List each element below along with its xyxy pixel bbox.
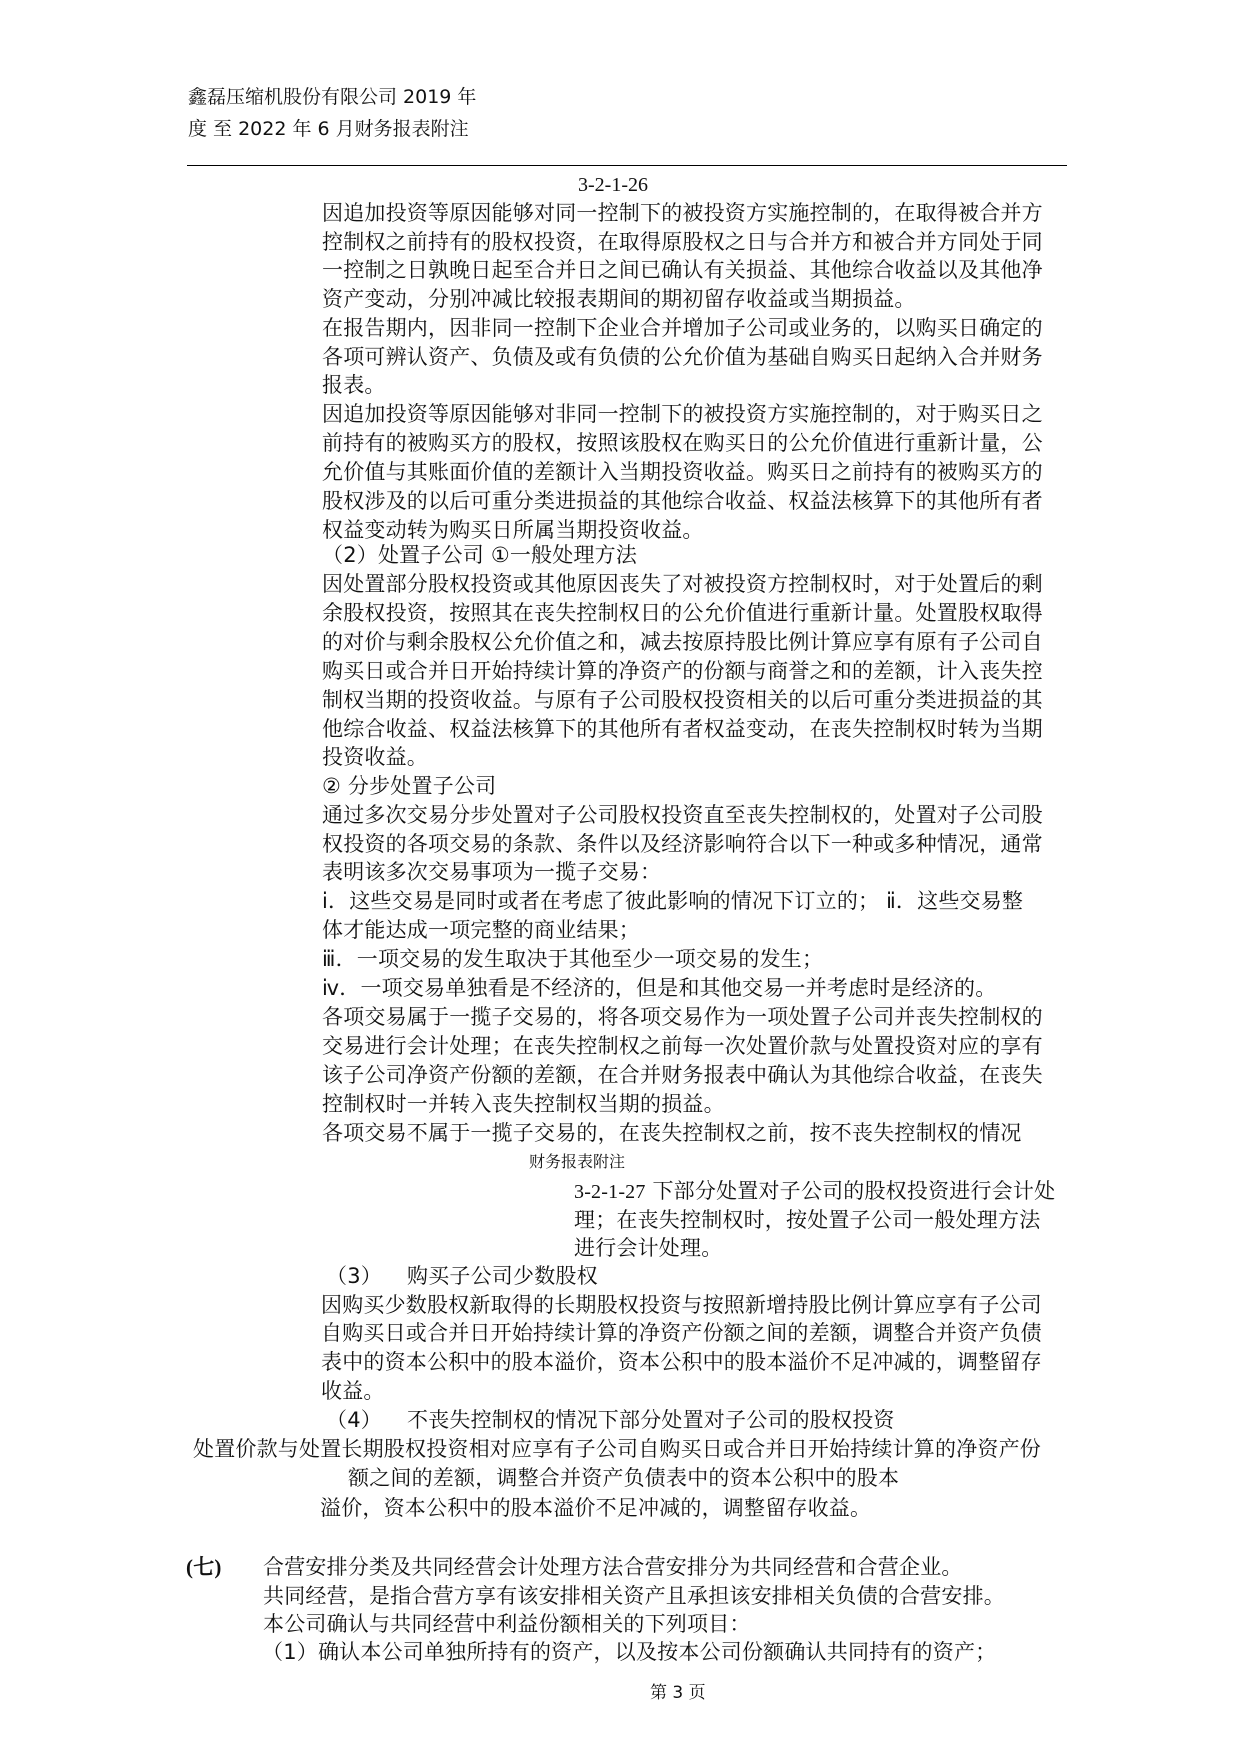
section-3-line: 表中的资本公积中的股本溢价，资本公积中的股本溢价不足冲减的，调整留存	[321, 1348, 1042, 1376]
body-line: 该子公司净资产份额的差额，在合并财务报表中确认为其他综合收益，在丧失	[322, 1061, 1043, 1089]
body-line: 交易进行会计处理；在丧失控制权之前每一次处置价款与处置投资对应的享有	[322, 1032, 1043, 1060]
body-line: 报表。	[322, 371, 386, 399]
body-line: 资产变动，分别冲减比较报表期间的期初留存收益或当期损益。	[322, 285, 916, 313]
body-line: 允价值与其账面价值的差额计入当期投资收益。购买日之前持有的被购买方的	[322, 458, 1043, 486]
section-7-line: 本公司确认与共同经营中利益份额相关的下列项目：	[263, 1610, 751, 1638]
page-number-inline: 3-2-1-27	[574, 1181, 646, 1203]
body-line: （2）处置子公司 ①一般处理方法	[322, 541, 637, 569]
body-line: 因追加投资等原因能够对非同一控制下的被投资方实施控制的，对于购买日之	[322, 400, 1043, 428]
body-line: 因追加投资等原因能够对同一控制下的被投资方实施控制的，在取得被合并方	[322, 199, 1043, 227]
section-3-line: 因购买少数股权新取得的长期股权投资与按照新增持股比例计算应享有子公司	[321, 1291, 1042, 1319]
body-line: 的对价与剩余股权公允价值之和，减去按原持股比例计算应享有原有子公司自	[322, 628, 1043, 656]
section-4-line: 溢价，资本公积中的股本溢价不足冲减的，调整留存收益。	[320, 1494, 871, 1522]
body-line: 体才能达成一项完整的商业结果；	[322, 916, 640, 944]
section-4-number: （4）	[326, 1406, 382, 1434]
continuation-line-2: 理；在丧失控制权时，按处置子公司一般处理方法	[574, 1206, 1040, 1234]
body-line: 控制权时一并转入丧失控制权当期的损益。	[322, 1090, 725, 1118]
body-line: 购买日或合并日开始持续计算的净资产的份额与商誉之和的差额，计入丧失控	[322, 657, 1043, 685]
section-7-line: （1）确认本公司单独所持有的资产，以及按本公司份额确认共同持有的资产；	[262, 1638, 996, 1666]
section-3-line: 自购买日或合并日开始持续计算的净资产份额之间的差额，调整合并资产负债	[321, 1319, 1042, 1347]
body-line: 表明该多次交易事项为一揽子交易：	[322, 858, 661, 886]
section-3-line: 收益。	[321, 1377, 385, 1405]
continuation-line-1: 3-2-1-27 下部分处置对子公司的股权投资进行会计处	[574, 1177, 1055, 1206]
body-line: 各项可辨认资产、负债及或有负债的公允价值为基础自购买日起纳入合并财务	[322, 343, 1043, 371]
body-line: 权投资的各项交易的条款、条件以及经济影响符合以下一种或多种情况，通常	[322, 830, 1043, 858]
section-7-line: 合营安排分类及共同经营会计处理方法合营安排分为共同经营和合营企业。	[263, 1553, 963, 1581]
body-line: 控制权之前持有的股权投资，在取得原股权之日与合并方和被合并方同处于同	[322, 228, 1043, 256]
section-3-title: 购买子公司少数股权	[407, 1262, 598, 1290]
body-line: 投资收益。	[322, 743, 428, 771]
body-line: ⅳ．一项交易单独看是不经济的，但是和其他交易一并考虑时是经济的。	[322, 974, 996, 1002]
body-line: 制权当期的投资收益。与原有子公司股权投资相关的以后可重分类进损益的其	[322, 686, 1043, 714]
body-line: ② 分步处置子公司	[322, 772, 496, 800]
body-line: 股权涉及的以后可重分类进损益的其他综合收益、权益法核算下的其他所有者	[322, 487, 1043, 515]
body-line: 一控制之日孰晚日起至合并日之间已确认有关损益、其他综合收益以及其他净	[322, 256, 1043, 284]
continuation-line-3: 进行会计处理。	[574, 1234, 722, 1262]
page-number-top: 3-2-1-26	[578, 173, 648, 197]
section-7-line: 共同经营，是指合营方享有该安排相关资产且承担该安排相关负债的合营安排。	[263, 1582, 1005, 1610]
body-line: 他综合收益、权益法核算下的其他所有者权益变动，在丧失控制权时转为当期	[322, 715, 1043, 743]
section-4-line: 额之间的差额，调整合并资产负债表中的资本公积中的股本	[348, 1464, 899, 1492]
body-line: ⅲ．一项交易的发生取决于其他至少一项交易的发生；	[322, 945, 823, 973]
continuation-text: 下部分处置对子公司的股权投资进行会计处	[652, 1179, 1055, 1203]
body-line: 权益变动转为购买日所属当期投资收益。	[322, 516, 704, 544]
body-line: 各项交易属于一揽子交易的，将各项交易作为一项处置子公司并丧失控制权的	[322, 1003, 1043, 1031]
body-line: 通过多次交易分步处置对子公司股权投资直至丧失控制权的，处置对子公司股	[322, 801, 1043, 829]
section-7-number: (七)	[186, 1553, 222, 1581]
header-rule	[187, 165, 1067, 166]
body-line: 在报告期内，因非同一控制下企业合并增加子公司或业务的，以购买日确定的	[322, 314, 1043, 342]
document-header-line-1: 鑫磊压缩机股份有限公司 2019 年	[188, 84, 476, 110]
document-header-line-2: 度 至 2022 年 6 月财务报表附注	[188, 116, 469, 142]
section-4-line: 处置价款与处置长期股权投资相对应享有子公司自购买日或合并日开始持续计算的净资产份	[193, 1435, 1041, 1463]
body-line: 前持有的被购买方的股权，按照该股权在购买日的公允价值进行重新计量，公	[322, 429, 1043, 457]
section-4-title: 不丧失控制权的情况下部分处置对子公司的股权投资	[407, 1406, 895, 1434]
page-footer: 第 3 页	[650, 1682, 706, 1704]
body-line: ⅰ．这些交易是同时或者在考虑了彼此影响的情况下订立的； ⅱ．这些交易整	[322, 887, 1023, 915]
section-3-number: （3）	[326, 1262, 382, 1290]
body-line: 因处置部分股权投资或其他原因丧失了对被投资方控制权时，对于处置后的剩	[322, 570, 1043, 598]
body-line: 各项交易不属于一揽子交易的，在丧失控制权之前，按不丧失控制权的情况	[322, 1119, 1022, 1147]
body-line: 余股权投资，按照其在丧失控制权日的公允价值进行重新计量。处置股权取得	[322, 599, 1043, 627]
running-title: 财务报表附注	[529, 1151, 625, 1173]
